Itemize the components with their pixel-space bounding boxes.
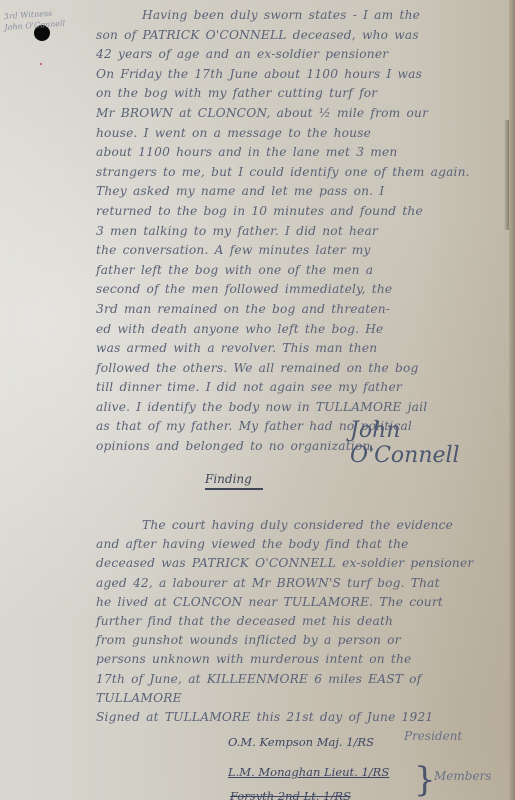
findings-line: he lived at CLONCON near TULLAMORE. The … — [96, 593, 508, 612]
statement-line: They asked my name and let me pass on. I — [96, 182, 506, 202]
statement-line: house. I went on a message to the house — [96, 124, 506, 144]
witness-statement: Having been duly sworn states - I am the… — [96, 6, 506, 457]
findings-line: The court having duly considered the evi… — [96, 516, 508, 535]
ink-speck — [40, 63, 42, 65]
member-signature: Forsyth 2nd Lt. 1/RS — [230, 789, 351, 800]
findings-line: further find that the deceased met his d… — [96, 612, 508, 631]
statement-line: followed the others. We all remained on … — [96, 359, 506, 379]
president-signature: O.M. Kempson Maj. 1/RS — [228, 735, 374, 749]
findings-line: TULLAMORE — [96, 689, 508, 708]
findings-line: deceased was PATRICK O'CONNELL ex-soldie… — [96, 554, 508, 573]
court-findings: The court having duly considered the evi… — [96, 516, 508, 727]
margin-note: 3rd Witness John O'Connell — [3, 5, 92, 33]
document-page: 3rd Witness John O'Connell Having been d… — [0, 0, 515, 800]
statement-line: alive. I identify the body now in TULLAM… — [96, 398, 506, 418]
statement-line: son of PATRICK O'CONNELL deceased, who w… — [96, 26, 506, 46]
statement-line: the conversation. A few minutes later my — [96, 241, 506, 261]
findings-line: 17th of June, at KILLEENMORE 6 miles EAS… — [96, 670, 508, 689]
statement-line: On Friday the 17th June about 1100 hours… — [96, 65, 506, 85]
statement-line: till dinner time. I did not again see my… — [96, 378, 506, 398]
statement-line: second of the men followed immediately, … — [96, 280, 506, 300]
member-signature: L.M. Monaghan Lieut. 1/RS — [228, 765, 389, 779]
statement-line: 3 men talking to my father. I did not he… — [96, 222, 506, 242]
statement-line: Having been duly sworn states - I am the — [96, 6, 506, 26]
findings-line: and after having viewed the body find th… — [96, 535, 508, 554]
statement-line: about 1100 hours and in the lane met 3 m… — [96, 143, 506, 163]
statement-line: 3rd man remained on the bog and threaten… — [96, 300, 506, 320]
statement-line: returned to the bog in 10 minutes and fo… — [96, 202, 506, 222]
findings-line: aged 42, a labourer at Mr BROWN'S turf b… — [96, 574, 508, 593]
page-edge — [509, 0, 515, 800]
findings-heading: Finding — [205, 472, 263, 490]
statement-line: Mr BROWN at CLONCON, about ½ mile from o… — [96, 104, 506, 124]
statement-line: ed with death anyone who left the bog. H… — [96, 320, 506, 340]
findings-line: from gunshot wounds inflicted by a perso… — [96, 631, 508, 650]
witness-signature: John O'Connell — [350, 418, 515, 468]
signed-line: Signed at TULLAMORE this 21st day of Jun… — [96, 708, 508, 727]
statement-line: father left the bog with one of the men … — [96, 261, 506, 281]
members-brace: } — [414, 763, 436, 797]
statement-line: was armed with a revolver. This man then — [96, 339, 506, 359]
statement-line: 42 years of age and an ex-soldier pensio… — [96, 45, 506, 65]
statement-line: on the bog with my father cutting turf f… — [96, 84, 506, 104]
members-role: Members — [434, 769, 491, 783]
statement-line: strangers to me, but I could identify on… — [96, 163, 506, 183]
findings-line: persons unknown with murderous intent on… — [96, 650, 508, 669]
president-role: President — [404, 729, 462, 743]
